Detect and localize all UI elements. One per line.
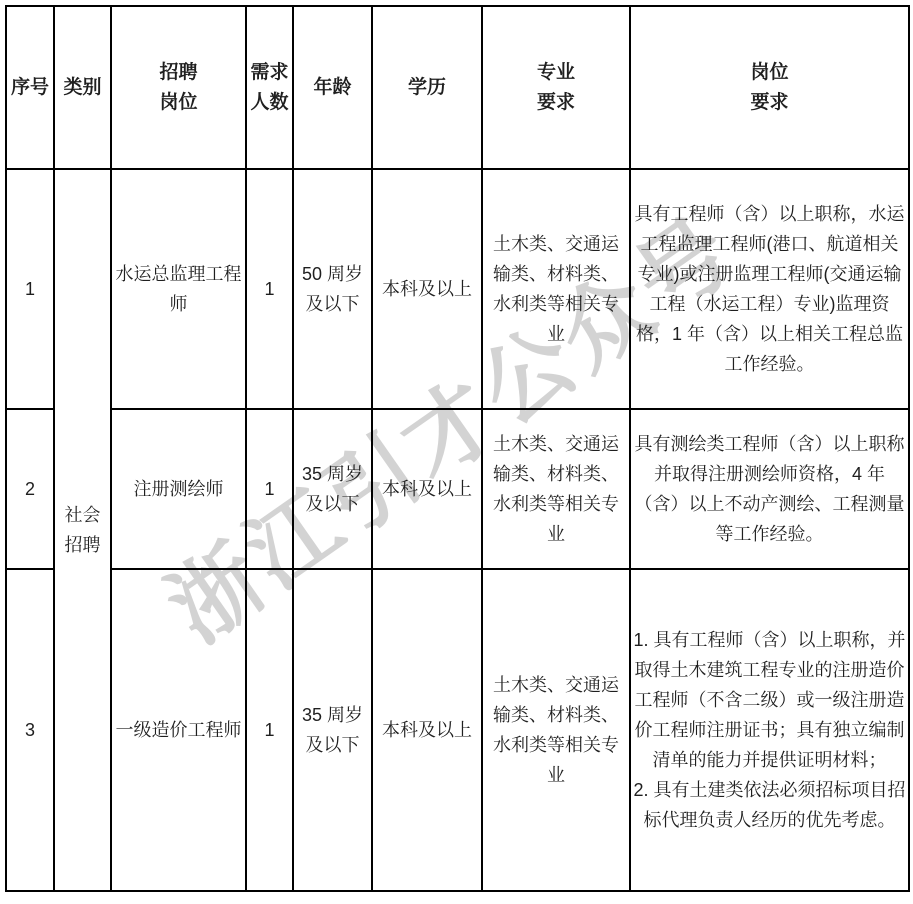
- header-cell-position: 招聘 岗位: [111, 6, 246, 169]
- header-cell-age: 年龄: [293, 6, 372, 169]
- cell-position: 一级造价工程师: [111, 569, 246, 891]
- cell-major: 土木类、交通运输类、材料类、水利类等相关专业: [482, 409, 630, 569]
- cell-education: 本科及以上: [372, 409, 482, 569]
- header-cell-major: 专业 要求: [482, 6, 630, 169]
- table-row: 3 一级造价工程师 1 35 周岁 及以下 本科及以上 土木类、交通运输类、材料…: [6, 569, 909, 891]
- cell-requirements: 具有工程师（含）以上职称，水运工程监理工程师(港口、航道相关专业)或注册监理工程…: [630, 169, 909, 409]
- cell-major: 土木类、交通运输类、材料类、水利类等相关专业: [482, 169, 630, 409]
- cell-count: 1: [246, 569, 293, 891]
- cell-requirements: 1. 具有工程师（含）以上职称，并取得土木建筑工程专业的注册造价工程师（不含二级…: [630, 569, 909, 891]
- cell-no: 3: [6, 569, 54, 891]
- table-row: 2 注册测绘师 1 35 周岁 及以下 本科及以上 土木类、交通运输类、材料类、…: [6, 409, 909, 569]
- cell-requirements: 具有测绘类工程师（含）以上职称并取得注册测绘师资格，4 年（含）以上不动产测绘、…: [630, 409, 909, 569]
- header-cell-count: 需求 人数: [246, 6, 293, 169]
- recruitment-table: 序号 类别 招聘 岗位 需求 人数 年龄 学历 专业 要求 岗位 要求 1 社会…: [5, 5, 910, 892]
- header-cell-requirements: 岗位 要求: [630, 6, 909, 169]
- cell-age: 35 周岁 及以下: [293, 409, 372, 569]
- cell-count: 1: [246, 169, 293, 409]
- cell-no: 2: [6, 409, 54, 569]
- cell-age: 50 周岁 及以下: [293, 169, 372, 409]
- cell-count: 1: [246, 409, 293, 569]
- cell-major: 土木类、交通运输类、材料类、水利类等相关专业: [482, 569, 630, 891]
- cell-position: 注册测绘师: [111, 409, 246, 569]
- header-cell-no: 序号: [6, 6, 54, 169]
- cell-age: 35 周岁 及以下: [293, 569, 372, 891]
- header-cell-education: 学历: [372, 6, 482, 169]
- page: 浙江引才公众号 序号 类别 招聘 岗位 需求 人数 年龄 学历 专业 要求 岗位…: [0, 0, 913, 904]
- cell-no: 1: [6, 169, 54, 409]
- header-row: 序号 类别 招聘 岗位 需求 人数 年龄 学历 专业 要求 岗位 要求: [6, 6, 909, 169]
- cell-category: 社会 招聘: [54, 169, 111, 891]
- cell-education: 本科及以上: [372, 169, 482, 409]
- cell-position: 水运总监理工程师: [111, 169, 246, 409]
- table-row: 1 社会 招聘 水运总监理工程师 1 50 周岁 及以下 本科及以上 土木类、交…: [6, 169, 909, 409]
- header-cell-category: 类别: [54, 6, 111, 169]
- cell-education: 本科及以上: [372, 569, 482, 891]
